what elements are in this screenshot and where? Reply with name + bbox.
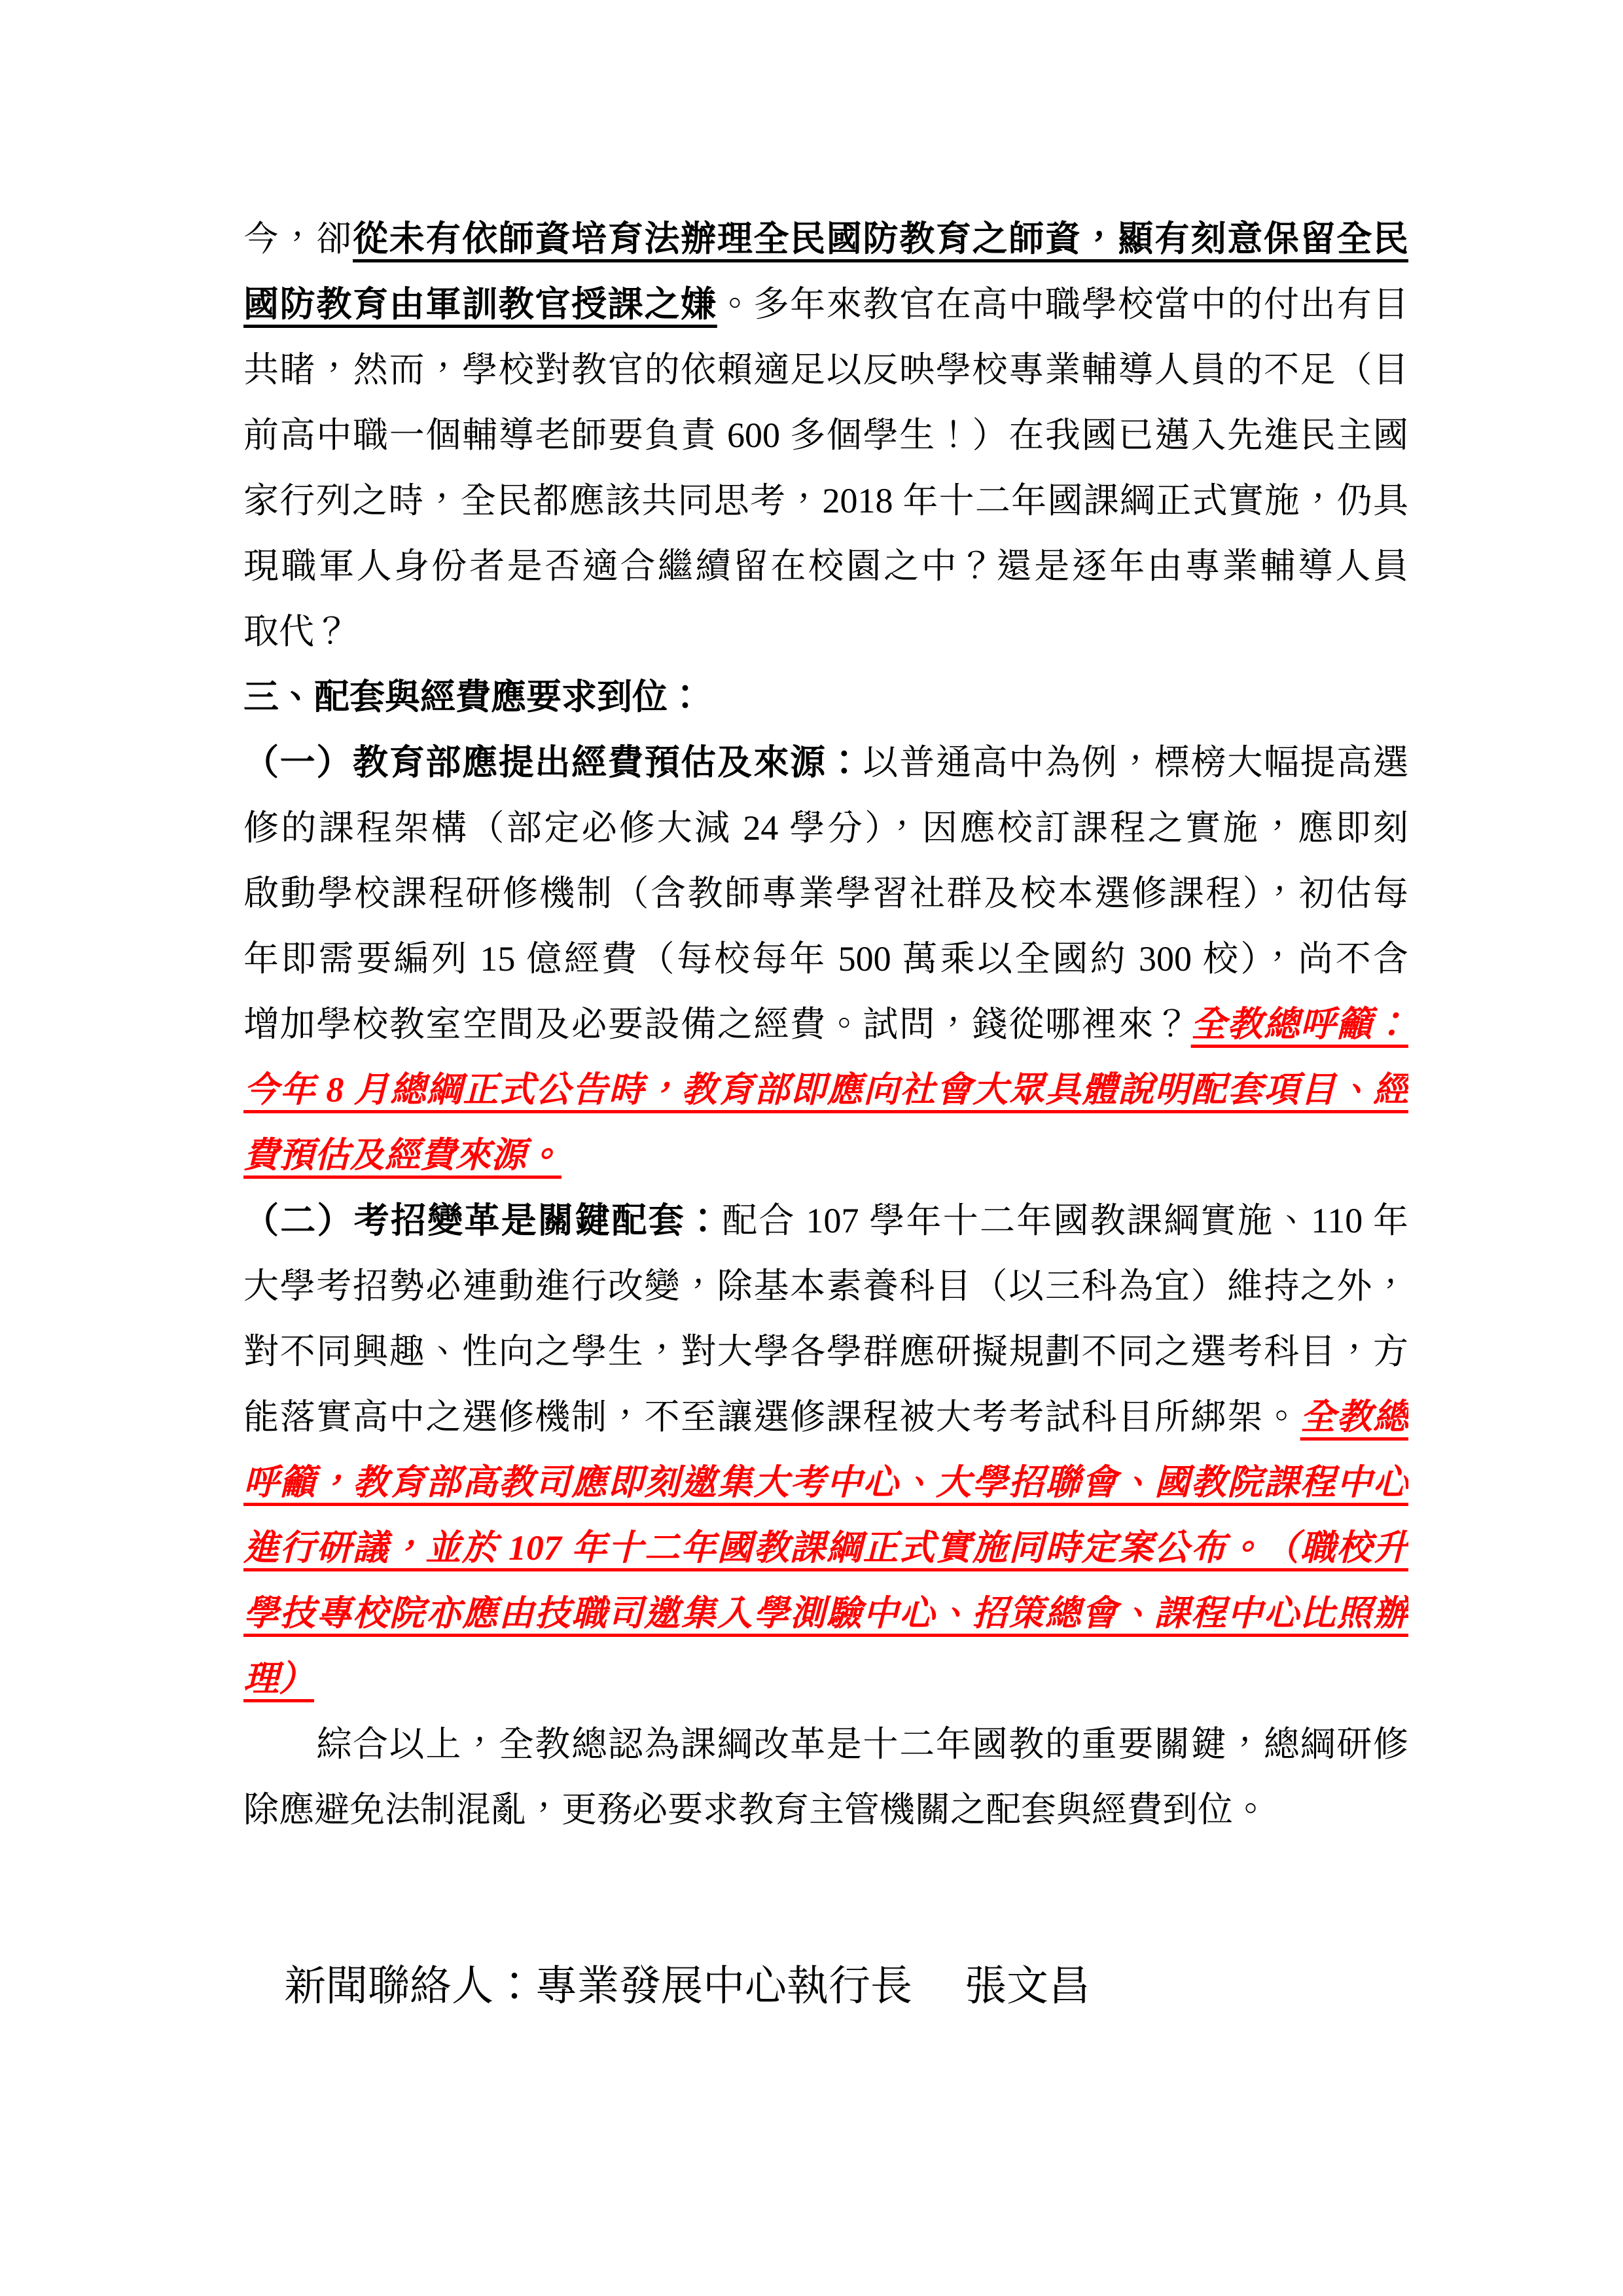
text-line: 增加學校教室空間及必要設備之經費。試問，錢從哪裡來？全教總呼籲： xyxy=(243,992,1408,1057)
text-segment: 共睹，然而，學校對教官的依賴適足以反映學校專業輔導人員的不足（目 xyxy=(243,350,1408,389)
text-segment: 修的課程架構（部定必修大減 24 學分），因應校訂課程之實施，應即刻 xyxy=(243,808,1408,848)
text-line: 除應避免法制混亂，更務必要求教育主管機關之配套與經費到位。 xyxy=(243,1777,1408,1842)
text-segment: 增加學校教室空間及必要設備之經費。試問，錢從哪裡來？ xyxy=(243,1005,1191,1044)
text-line: 呼籲，教育部高教司應即刻邀集大考中心、大學招聯會、國教院課程中心 xyxy=(243,1450,1408,1515)
text-segment: 三、配套與經費應要求到位： xyxy=(243,677,703,717)
text-segment: 。多年來教官在高中職學校當中的付出有目 xyxy=(717,285,1408,324)
text-line: 修的課程架構（部定必修大減 24 學分），因應校訂課程之實施，應即刻 xyxy=(243,795,1408,861)
text-line: 進行研議，並於 107 年十二年國教課綱正式實施同時定案公布。（職校升 xyxy=(243,1515,1408,1581)
text-line: （二）考招變革是關鍵配套：配合 107 學年十二年國教課綱實施、110 年 xyxy=(243,1188,1408,1253)
text-segment: 配合 107 學年十二年國教課綱實施、110 年 xyxy=(722,1201,1408,1240)
text-segment: 現職軍人身份者是否適合繼續留在校園之中？還是逐年由專業輔導人員 xyxy=(243,547,1408,586)
text-line: 大學考招勢必連動進行改變，除基本素養科目（以三科為宜）維持之外， xyxy=(243,1253,1408,1319)
text-segment: 國防教育由軍訓教官授課之嫌 xyxy=(243,285,717,324)
text-line: 年即需要編列 15 億經費（每校每年 500 萬乘以全國約 300 校），尚不含 xyxy=(243,926,1408,992)
text-line: 國防教育由軍訓教官授課之嫌。多年來教官在高中職學校當中的付出有目 xyxy=(243,272,1408,337)
text-line: 三、配套與經費應要求到位： xyxy=(243,664,1408,730)
text-segment: 綜合以上，全教總認為課綱改革是十二年國教的重要關鍵，總綱研修 xyxy=(243,1725,1408,1764)
text-segment: 年即需要編列 15 億經費（每校每年 500 萬乘以全國約 300 校），尚不含 xyxy=(243,939,1408,978)
text-segment: 今，卻 xyxy=(243,219,353,259)
text-line: 費預估及經費來源。 xyxy=(243,1122,1408,1188)
text-segment: 呼籲，教育部高教司應即刻邀集大考中心、大學招聯會、國教院課程中心 xyxy=(243,1463,1408,1502)
text-segment: 前高中職一個輔導老師要負責 600 多個學生！）在我國已邁入先進民主國 xyxy=(243,416,1408,455)
text-line: 對不同興趣、性向之學生，對大學各學群應研擬規劃不同之選考科目，方 xyxy=(243,1319,1408,1384)
document-body: 今，卻從未有依師資培育法辦理全民國防教育之師資，顯有刻意保留全民國防教育由軍訓教… xyxy=(243,206,1408,1842)
page: 今，卻從未有依師資培育法辦理全民國防教育之師資，顯有刻意保留全民國防教育由軍訓教… xyxy=(0,0,1623,2296)
text-segment: 從未有依師資培育法辦理全民國防教育之師資，顯有刻意保留全民 xyxy=(353,219,1408,259)
text-segment: 全教總呼籲： xyxy=(1191,1005,1408,1044)
text-segment: 除應避免法制混亂，更務必要求教育主管機關之配套與經費到位。 xyxy=(243,1790,1268,1829)
text-line: 今，卻從未有依師資培育法辦理全民國防教育之師資，顯有刻意保留全民 xyxy=(243,206,1408,272)
text-line: 綜合以上，全教總認為課綱改革是十二年國教的重要關鍵，總綱研修 xyxy=(243,1712,1408,1777)
text-segment: 啟動學校課程研修機制（含教師專業學習社群及校本選修課程），初估每 xyxy=(243,874,1408,913)
text-segment: 理） xyxy=(243,1659,314,1698)
text-segment: 費預估及經費來源。 xyxy=(243,1136,562,1175)
text-line: 現職軍人身份者是否適合繼續留在校園之中？還是逐年由專業輔導人員 xyxy=(243,533,1408,599)
text-line: 理） xyxy=(243,1646,1408,1712)
text-segment: 以普通高中為例，標榜大幅提高選 xyxy=(863,743,1408,782)
text-segment: 能落實高中之選修機制，不至讓選修課程被大考考試科目所綁架。 xyxy=(243,1397,1300,1437)
text-segment: 對不同興趣、性向之學生，對大學各學群應研擬規劃不同之選考科目，方 xyxy=(243,1332,1408,1371)
text-line: 取代？ xyxy=(243,599,1408,664)
text-segment: 大學考招勢必連動進行改變，除基本素養科目（以三科為宜）維持之外， xyxy=(243,1266,1408,1306)
text-segment: 取代？ xyxy=(243,612,349,651)
text-segment: 家行列之時，全民都應該共同思考，2018 年十二年國課綱正式實施，仍具 xyxy=(243,481,1408,520)
text-line: 今年 8 月總綱正式公告時，教育部即應向社會大眾具體說明配套項目、經 xyxy=(243,1057,1408,1122)
text-line: 能落實高中之選修機制，不至讓選修課程被大考考試科目所綁架。全教總 xyxy=(243,1384,1408,1450)
text-line: 啟動學校課程研修機制（含教師專業學習社群及校本選修課程），初估每 xyxy=(243,861,1408,926)
text-segment: （一）教育部應提出經費預估及來源： xyxy=(243,743,863,782)
text-line: （一）教育部應提出經費預估及來源：以普通高中為例，標榜大幅提高選 xyxy=(243,730,1408,795)
text-line: 學技專校院亦應由技職司邀集入學測驗中心、招策總會、課程中心比照辦 xyxy=(243,1581,1408,1646)
text-segment: 進行研議，並於 107 年十二年國教課綱正式實施同時定案公布。（職校升 xyxy=(243,1528,1408,1568)
text-segment: 學技專校院亦應由技職司邀集入學測驗中心、招策總會、課程中心比照辦 xyxy=(243,1594,1408,1633)
text-segment: 今年 8 月總綱正式公告時，教育部即應向社會大眾具體說明配套項目、經 xyxy=(243,1070,1408,1109)
text-line: 共睹，然而，學校對教官的依賴適足以反映學校專業輔導人員的不足（目 xyxy=(243,337,1408,403)
text-segment: 全教總 xyxy=(1300,1397,1408,1437)
press-contact-line: 新聞聯絡人：專業發展中心執行長 張文昌 xyxy=(243,1954,1449,2019)
text-line: 前高中職一個輔導老師要負責 600 多個學生！）在我國已邁入先進民主國 xyxy=(243,403,1408,468)
text-line: 家行列之時，全民都應該共同思考，2018 年十二年國課綱正式實施，仍具 xyxy=(243,468,1408,533)
text-segment: （二）考招變革是關鍵配套： xyxy=(243,1201,722,1240)
